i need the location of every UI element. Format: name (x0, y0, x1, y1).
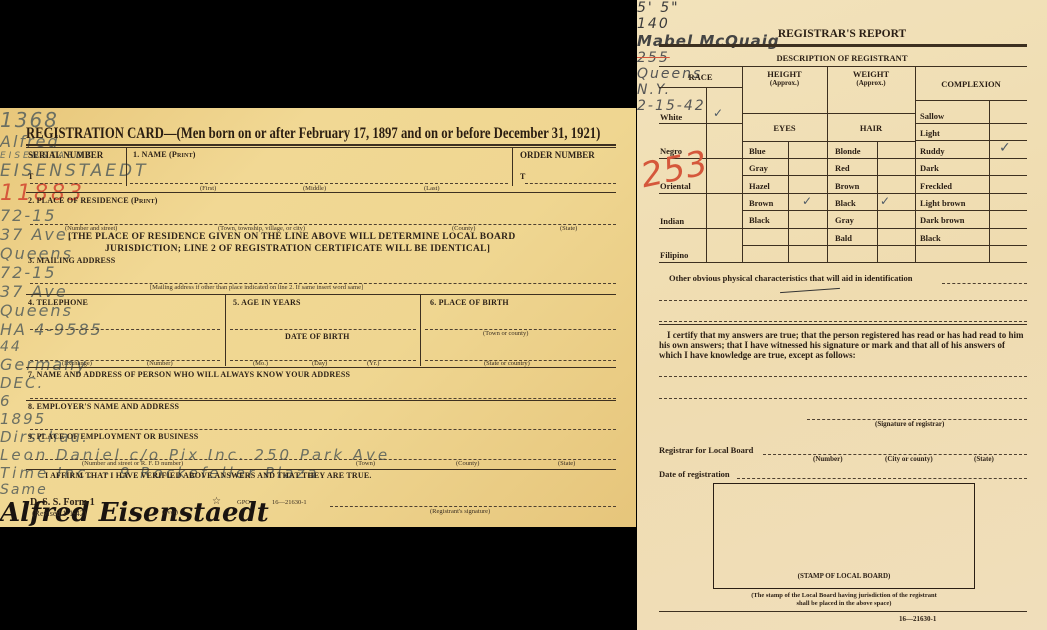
description-header: DESCRIPTION OF REGISTRANT (637, 53, 1047, 63)
divider (126, 148, 127, 186)
registrant-signature: Alfred Eisenstaedt (0, 498, 636, 527)
divider (915, 140, 1027, 141)
board-number-sublabel: (Number) (813, 455, 843, 463)
hair-bald: Bald (835, 233, 852, 243)
divider (26, 192, 616, 193)
divider (659, 262, 1027, 263)
field-line (659, 398, 1027, 399)
field-line (525, 183, 616, 184)
emp-state-sublabel: (State) (558, 460, 575, 467)
signature-sublabel: (Registrant's signature) (430, 508, 490, 515)
divider (659, 324, 1027, 325)
order-prefix: T (520, 172, 526, 181)
exchange-sublabel: (Exchange) (62, 360, 92, 367)
year-sublabel: (Yr.) (367, 360, 379, 367)
field-line (659, 321, 1027, 322)
stamp-note-2: shall be placed in the above space) (677, 600, 1011, 607)
complexion-light-brown: Light brown (920, 198, 965, 208)
height-value: 5' 5" (637, 0, 1047, 16)
contact-label: 7. NAME AND ADDRESS OF PERSON WHO WILL A… (28, 370, 350, 379)
complexion-dark: Dark (920, 163, 939, 173)
hair-black: Black (835, 198, 856, 208)
race-header: RACE (659, 72, 742, 82)
mailing-sublabel: [Mailing address if other than place ind… (150, 284, 363, 291)
dob-year: 1895 (0, 410, 636, 428)
form-code: 16—21630-1 (272, 499, 307, 506)
divider (915, 245, 1027, 246)
complexion-black: Black (920, 233, 941, 243)
registration-date-label: Date of registration (659, 469, 730, 479)
divider (225, 294, 226, 366)
age-label: 5. AGE IN YEARS (233, 298, 301, 307)
divider (26, 469, 616, 470)
race-indian: Indian (660, 216, 684, 226)
field-line (130, 183, 508, 184)
divider (827, 66, 828, 263)
order-number-label: ORDER NUMBER (520, 150, 595, 160)
divider (742, 210, 915, 211)
weight-header: WEIGHT (827, 69, 915, 79)
emp-county-sublabel: (County) (456, 460, 479, 467)
divider (26, 147, 616, 148)
birth-state-sublabel: (State or country) (484, 360, 530, 367)
height-sub: (Approx.) (742, 79, 827, 87)
street-sublabel: (Number and street) (65, 225, 117, 232)
residence-label: 2. PLACE OF RESIDENCE (Print) (28, 196, 158, 205)
employer-label: 8. EMPLOYER'S NAME AND ADDRESS (28, 402, 179, 411)
board-city-sublabel: (City or county) (885, 455, 933, 463)
residence-street: 72-15 (0, 206, 636, 225)
divider (659, 193, 742, 194)
birthplace-label: 6. PLACE OF BIRTH (430, 298, 509, 307)
age-value: 44 (0, 339, 636, 355)
middle-sublabel: (Middle) (303, 185, 326, 192)
divider (915, 158, 1027, 159)
serial-prefix: T (28, 172, 34, 181)
divider (915, 66, 916, 263)
birth-town-sublabel: (Town or county) (483, 330, 528, 337)
race-check-icon: ✓ (713, 106, 723, 120)
eyes-black: Black (749, 215, 770, 225)
jurisdiction-notice-2: JURISDICTION; LINE 2 OF REGISTRATION CER… (105, 244, 490, 254)
county-sublabel: (County) (452, 225, 475, 232)
serial-number-label: SERIAL NUMBER (28, 150, 103, 160)
registrar-signature-sublabel: (Signature of registrar) (875, 420, 944, 428)
field-line (30, 360, 220, 361)
divider (26, 144, 616, 146)
card-title: REGISTRATION CARD—(Men born on or after … (26, 125, 600, 143)
field-line (942, 283, 1027, 284)
divider (420, 294, 421, 366)
star-icon: ☆ (212, 496, 221, 507)
certification-text: I certify that my answers are true; that… (659, 330, 1029, 360)
town-sublabel: (Town, township, village, or city) (218, 225, 305, 232)
divider (915, 193, 1027, 194)
signature-line (330, 506, 616, 507)
divider (742, 245, 915, 246)
eyes-brown: Brown (749, 198, 773, 208)
local-board-label: Registrar for Local Board (659, 445, 753, 455)
employment-place-value: Same (0, 482, 636, 498)
field-line (30, 329, 220, 330)
employment-place-label: 9. PLACE OF EMPLOYMENT OR BUSINESS (28, 432, 198, 441)
divider (989, 100, 990, 263)
state-sublabel: (State) (560, 225, 577, 232)
mailing-town: Queens (0, 301, 636, 320)
divider (659, 611, 1027, 612)
over-text: (over) (162, 509, 178, 516)
hair-check-icon: ✓ (880, 194, 890, 208)
hair-red: Red (835, 163, 850, 173)
field-line (659, 300, 1027, 301)
height-header: HEIGHT (742, 69, 827, 79)
form-name: D. S. S. Form 1 (30, 497, 95, 508)
mailing-street: 72-15 (0, 263, 636, 282)
field-line (30, 429, 616, 430)
registrars-report-back: REGISTRAR'S REPORT DESCRIPTION OF REGIST… (637, 0, 1047, 630)
divider (915, 210, 1027, 211)
weight-sub: (Approx.) (827, 79, 915, 87)
field-line (737, 478, 1027, 479)
eyes-hazel: Hazel (749, 181, 770, 191)
board-state-sublabel: (State) (974, 455, 994, 463)
dob-label: DATE OF BIRTH (285, 332, 350, 341)
complexion-ruddy: Ruddy (920, 146, 945, 156)
month-sublabel: (Mo.) (253, 360, 268, 367)
emp-town-sublabel: (Town) (356, 460, 375, 467)
mailing-address-label: 3. MAILING ADDRESS (28, 256, 115, 265)
telephone-label: 4. TELEPHONE (28, 298, 88, 307)
divider (742, 193, 915, 194)
race-white: White (660, 112, 682, 122)
divider (512, 148, 513, 186)
number-sublabel: (Number) (147, 360, 173, 367)
race-filipino: Filipino (660, 250, 688, 260)
divider (742, 175, 915, 176)
hair-brown: Brown (835, 181, 859, 191)
divider (26, 294, 616, 295)
other-characteristics-label: Other obvious physical characteristics t… (669, 273, 913, 283)
stamp-label: (STAMP OF LOCAL BOARD) (713, 572, 975, 580)
complexion-check-icon: ✓ (999, 140, 1011, 156)
back-form-code: 16—21630-1 (899, 615, 936, 623)
first-sublabel: (First) (200, 185, 216, 192)
day-sublabel: (Day) (312, 360, 327, 367)
report-title: REGISTRAR'S REPORT (637, 28, 1047, 40)
field-line (230, 329, 416, 330)
jurisdiction-notice-1: [THE PLACE OF RESIDENCE GIVEN ON THE LIN… (68, 232, 516, 242)
hair-gray: Gray (835, 215, 854, 225)
field-line (30, 183, 122, 184)
complexion-dark-brown: Dark brown (920, 215, 964, 225)
registration-card-front: REGISTRATION CARD—(Men born on or after … (0, 108, 636, 527)
affirmation-text: I AFFIRM THAT I HAVE VERIFIED ABOVE ANSW… (45, 471, 372, 480)
divider (26, 400, 616, 401)
eyes-check-icon: ✓ (802, 194, 812, 208)
last-name-value: EISENSTAEDT (0, 161, 636, 181)
field-line (30, 398, 616, 399)
divider (659, 228, 742, 229)
field-line (30, 224, 616, 225)
divider (915, 175, 1027, 176)
divider (659, 44, 1027, 47)
arrow-line (780, 288, 840, 293)
name-label: 1. NAME (Print) (133, 150, 196, 159)
divider (742, 228, 915, 229)
field-line (659, 376, 1027, 377)
divider (26, 367, 616, 368)
divider (659, 87, 742, 88)
form-revised: (Revised 1-1-42) (32, 509, 86, 518)
complexion-freckled: Freckled (920, 181, 952, 191)
emp-street-sublabel: (Number and street or R. F. D number) (82, 460, 183, 467)
gpo-text: GPO (237, 499, 250, 506)
divider (659, 66, 1027, 67)
divider (659, 123, 742, 124)
last-sublabel: (Last) (424, 185, 440, 192)
divider (915, 228, 1027, 229)
stamp-note-1: (The stamp of the Local Board having jur… (677, 592, 1011, 599)
